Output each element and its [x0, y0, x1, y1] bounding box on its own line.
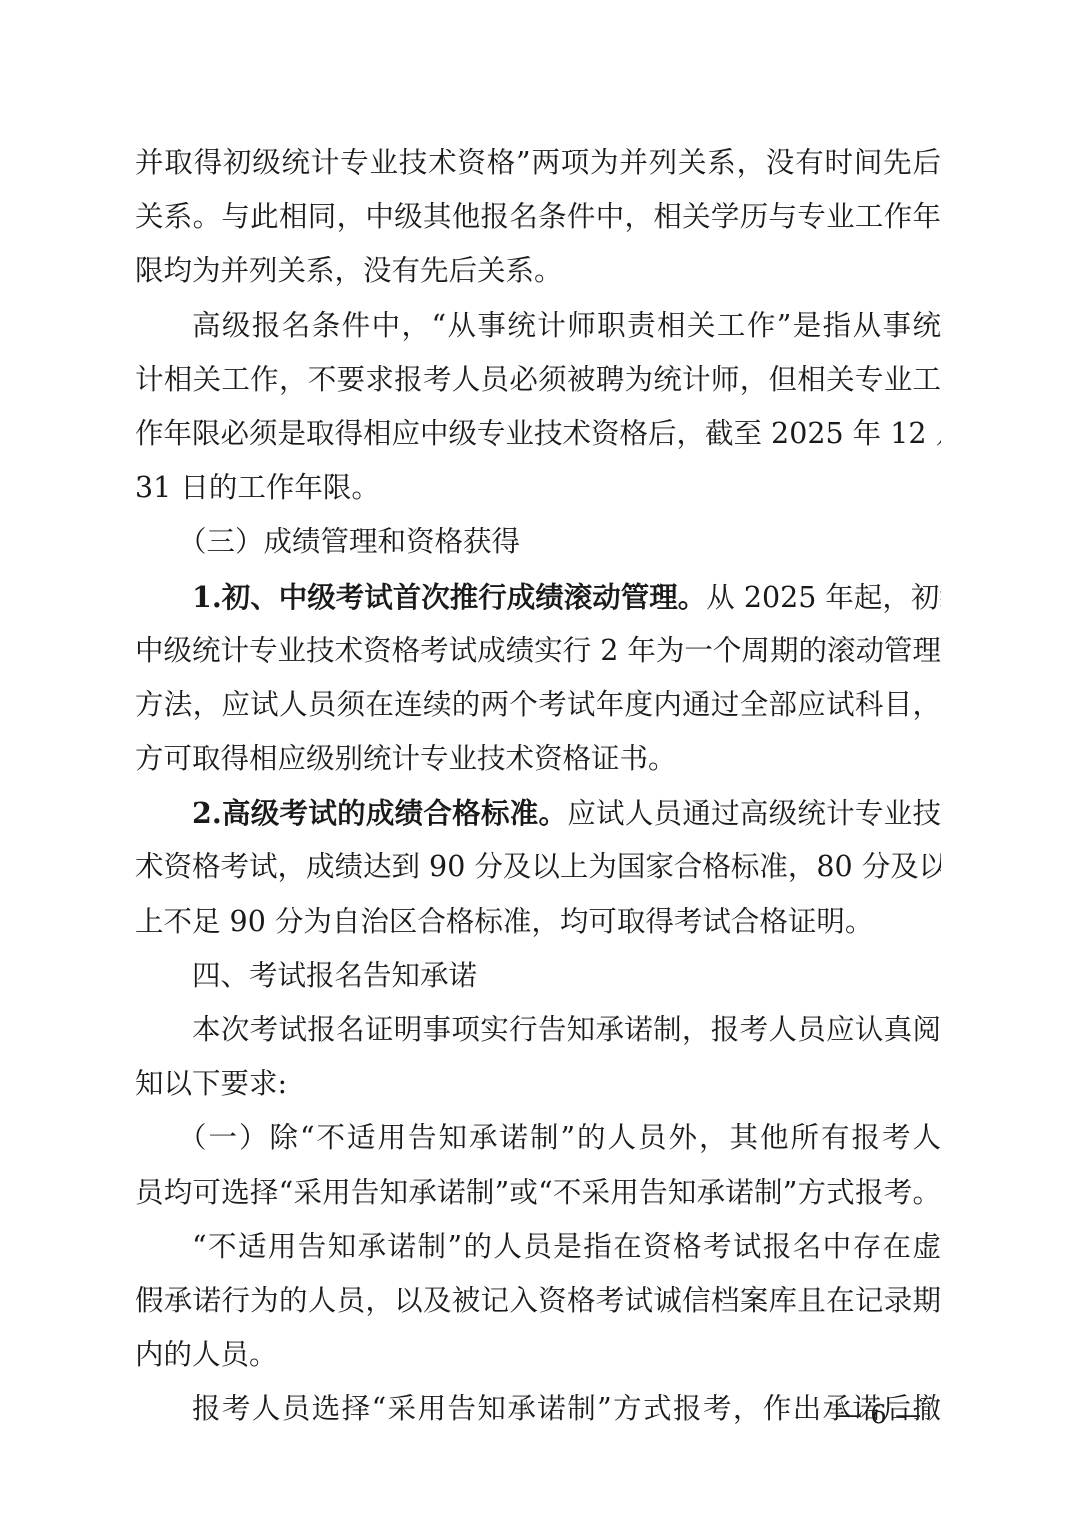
subsection-heading-score-management: （三）成绩管理和资格获得 — [135, 515, 941, 569]
text-line: 假承诺行为的人员，以及被记入资格考试诚信档案库且在记录期 — [135, 1274, 941, 1328]
text-line: 报考人员选择“采用告知承诺制”方式报考，作出承诺后撤 — [135, 1382, 941, 1436]
text-line: 内的人员。 — [135, 1328, 941, 1382]
item-senior-pass-standard: 2.高级考试的成绩合格标准。应试人员通过高级统计专业技 术资格考试，成绩达到 9… — [135, 786, 941, 949]
document-page: 并取得初级统计专业技术资格”两项为并列关系，没有时间先后 关系。与此相同，中级其… — [135, 136, 941, 1437]
paragraph-not-applicable-definition: “不适用告知承诺制”的人员是指在资格考试报名中存在虚 假承诺行为的人员，以及被记… — [135, 1220, 941, 1383]
text-line: 员均可选择“采用告知承诺制”或“不采用告知承诺制”方式报考。 — [135, 1166, 941, 1220]
paragraph-commitment-withdrawal: 报考人员选择“采用告知承诺制”方式报考，作出承诺后撤 — [135, 1382, 941, 1436]
text-line: 计相关工作，不要求报考人员必须被聘为统计师，但相关专业工 — [135, 353, 941, 407]
text-line: 术资格考试，成绩达到 90 分及以上为国家合格标准，80 分及以 — [135, 840, 941, 894]
section-heading-commitment: 四、考试报名告知承诺 — [135, 949, 941, 1003]
item-text: 从 2025 年起，初级、 — [706, 581, 941, 614]
item-bold-lead: 2.高级考试的成绩合格标准。 — [192, 796, 567, 830]
text-line: 并取得初级统计专业技术资格”两项为并列关系，没有时间先后 — [135, 136, 941, 190]
text-line: 中级统计专业技术资格考试成绩实行 2 年为一个周期的滚动管理 — [135, 624, 941, 678]
text-line: 限均为并列关系，没有先后关系。 — [135, 244, 941, 298]
text-line: 2.高级考试的成绩合格标准。应试人员通过高级统计专业技 — [135, 786, 941, 840]
paragraph-senior-conditions: 高级报名条件中，“从事统计师职责相关工作”是指从事统 计相关工作，不要求报考人员… — [135, 299, 941, 516]
text-line: 知以下要求: — [135, 1057, 941, 1111]
paragraph-commitment-options: （一）除“不适用告知承诺制”的人员外，其他所有报考人 员均可选择“采用告知承诺制… — [135, 1111, 941, 1219]
text-line: 关系。与此相同，中级其他报名条件中，相关学历与专业工作年 — [135, 190, 941, 244]
text-line: 方法，应试人员须在连续的两个考试年度内通过全部应试科目， — [135, 678, 941, 732]
text-line: （一）除“不适用告知承诺制”的人员外，其他所有报考人 — [135, 1111, 941, 1165]
text-line: 31 日的工作年限。 — [135, 461, 941, 515]
page-number: — 6 — — [836, 1400, 921, 1430]
paragraph-commitment-intro: 本次考试报名证明事项实行告知承诺制，报考人员应认真阅 知以下要求: — [135, 1003, 941, 1111]
item-bold-lead: 1.初、中级考试首次推行成绩滚动管理。 — [192, 580, 706, 614]
text-line: “不适用告知承诺制”的人员是指在资格考试报名中存在虚 — [135, 1220, 941, 1274]
item-text: 应试人员通过高级统计专业技 — [567, 797, 941, 830]
item-rolling-score-management: 1.初、中级考试首次推行成绩滚动管理。从 2025 年起，初级、 中级统计专业技… — [135, 570, 941, 787]
text-line: 本次考试报名证明事项实行告知承诺制，报考人员应认真阅 — [135, 1003, 941, 1057]
text-line: 高级报名条件中，“从事统计师职责相关工作”是指从事统 — [135, 299, 941, 353]
paragraph-parallel-relation: 并取得初级统计专业技术资格”两项为并列关系，没有时间先后 关系。与此相同，中级其… — [135, 136, 941, 299]
text-line: 1.初、中级考试首次推行成绩滚动管理。从 2025 年起，初级、 — [135, 570, 941, 624]
text-line: 作年限必须是取得相应中级专业技术资格后，截至 2025 年 12 月 — [135, 407, 941, 461]
text-line: 方可取得相应级别统计专业技术资格证书。 — [135, 732, 941, 786]
text-line: 上不足 90 分为自治区合格标准，均可取得考试合格证明。 — [135, 895, 941, 949]
